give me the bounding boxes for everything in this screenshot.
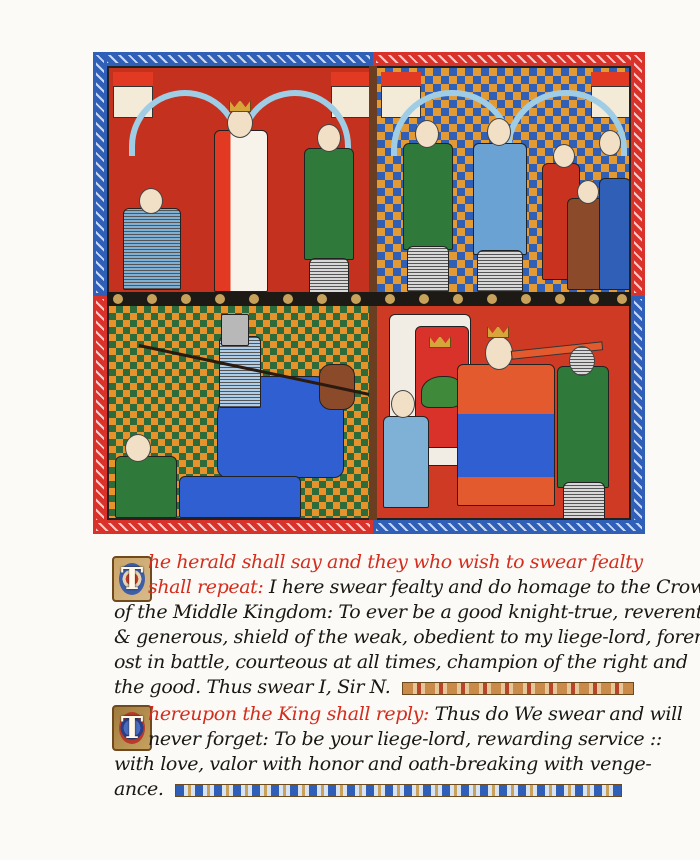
rubric-text: he herald shall say and they who wish to… — [148, 551, 643, 573]
oath-text: the good. Thus swear I, Sir N. — [114, 676, 390, 698]
reply-text: Thus do We swear and will — [435, 703, 683, 725]
gold-roundel — [147, 294, 157, 304]
border-top-left — [93, 52, 373, 66]
gold-roundel — [385, 294, 395, 304]
shamed-knight — [557, 366, 609, 488]
king-crown-icon — [487, 326, 509, 338]
border-bottom-left — [93, 520, 373, 534]
green-knight — [403, 143, 453, 250]
gold-roundel — [113, 294, 123, 304]
mail-legs — [477, 250, 523, 292]
oath-text: & generous, shield of the weak, obedient… — [114, 625, 658, 650]
text-line: shall repeat: I here swear fealty and do… — [148, 575, 658, 600]
young-knight-head — [391, 390, 415, 418]
great-helm — [221, 314, 249, 346]
border-top-right — [373, 52, 645, 66]
knight-head — [415, 120, 439, 148]
text-line: the good. Thus swear I, Sir N. — [114, 675, 658, 700]
calligraphy-text: he herald shall say and they who wish to… — [148, 550, 658, 802]
panel-king-judgement — [375, 304, 631, 520]
gold-roundel — [419, 294, 429, 304]
border-left-top — [93, 52, 107, 296]
knight-head — [139, 188, 163, 214]
townsfolk-head — [577, 180, 599, 204]
king-head — [485, 336, 513, 370]
rubric-text: shall repeat: — [148, 576, 263, 598]
roof — [591, 72, 631, 86]
young-knight — [383, 416, 429, 508]
roof — [381, 72, 421, 86]
border-left-bottom — [93, 296, 107, 534]
gold-roundel — [249, 294, 259, 304]
illuminated-initial-2: T — [112, 705, 152, 751]
mail-legs — [563, 482, 605, 520]
oath-text: ost in battle, courteous at all times, c… — [114, 650, 658, 675]
illuminated-initial-1: T — [112, 556, 152, 602]
king-figure — [457, 364, 555, 506]
gold-roundel — [487, 294, 497, 304]
horse-cloth-lower — [179, 476, 301, 518]
kneeling-knight — [123, 208, 181, 290]
panel-mounted-knight — [107, 304, 373, 520]
panel-townsfolk-plea — [375, 66, 631, 296]
knight-head — [317, 124, 341, 152]
text-line: hereupon the King shall reply: Thus do W… — [148, 702, 658, 727]
oath-text: of the Middle Kingdom: To ever be a good… — [114, 600, 658, 625]
shamed-knight-head — [569, 346, 595, 376]
townsfolk-head — [599, 130, 621, 156]
gold-roundel — [215, 294, 225, 304]
initial-letter: T — [114, 558, 150, 600]
gold-roundel — [181, 294, 191, 304]
border-bottom-right — [373, 520, 645, 534]
rubric-text: hereupon the King shall reply: — [148, 703, 429, 725]
blue-knight — [473, 143, 527, 255]
queen-figure — [214, 130, 268, 292]
green-knight — [304, 148, 354, 260]
reply-text: ance. — [114, 778, 164, 800]
line-filler-gold — [402, 682, 634, 695]
oath-text: I here swear fealty and do homage to the… — [269, 576, 700, 598]
text-line: ance. — [114, 777, 658, 802]
townswoman-blue — [599, 178, 631, 290]
text-line: he herald shall say and they who wish to… — [148, 550, 658, 575]
illustration-plate — [93, 52, 645, 534]
gold-roundel — [589, 294, 599, 304]
gold-roundel — [555, 294, 565, 304]
knight-head — [487, 118, 511, 146]
queen-head — [227, 108, 253, 138]
gold-roundel — [283, 294, 293, 304]
line-filler-blue — [175, 784, 622, 797]
mail-legs — [407, 246, 449, 292]
crouching-man — [115, 456, 177, 518]
gold-roundel — [351, 294, 361, 304]
mail-legs — [309, 258, 349, 294]
gold-roundel — [521, 294, 531, 304]
reply-text: with love, valor with honor and oath-bre… — [114, 752, 658, 777]
border-right-top — [631, 52, 645, 296]
mounted-knight — [219, 336, 261, 408]
reply-text: never forget: To be your liege-lord, rew… — [148, 727, 658, 752]
panel-divider-horizontal — [107, 292, 631, 306]
crouching-man-head — [125, 434, 151, 462]
gold-roundel — [317, 294, 327, 304]
initial-letter: T — [114, 707, 150, 749]
roof — [113, 72, 153, 86]
panel-queen-knighting — [107, 66, 373, 296]
gold-roundel — [453, 294, 463, 304]
border-right-bottom — [631, 296, 645, 534]
gold-roundel — [617, 294, 627, 304]
townsfolk-head — [553, 144, 575, 168]
roof — [331, 72, 371, 86]
